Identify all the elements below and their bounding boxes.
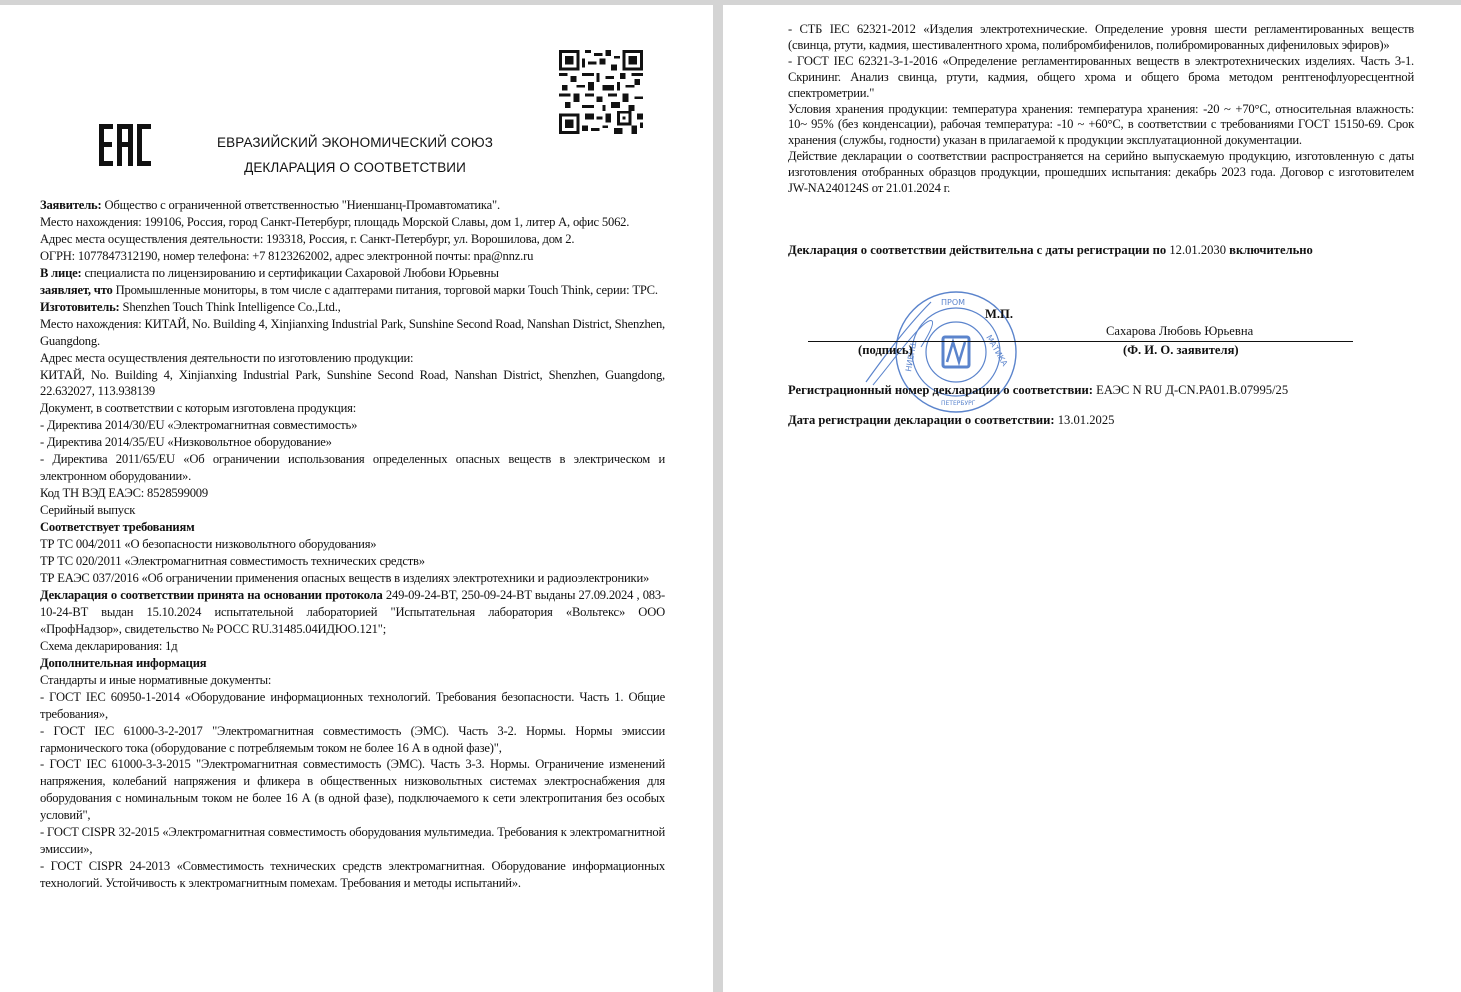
document-item: - Директива 2014/30/EU «Электромагнитная…	[40, 417, 665, 434]
declares-label: заявляет, что	[40, 283, 113, 297]
declaration-scheme: Схема декларирования: 1д	[40, 638, 665, 655]
manufacturer-line: Изготовитель: Shenzhen Touch Think Intel…	[40, 299, 665, 316]
registration-number: Регистрационный номер декларации о соотв…	[788, 383, 1288, 398]
signatory-name: Сахарова Любовь Юрьевна	[1106, 324, 1253, 339]
product-line: заявляет, что Промышленные мониторы, в т…	[40, 282, 665, 299]
document-page-2: - СТБ IEC 62321-2012 «Изделия электротех…	[723, 5, 1461, 992]
hs-code: Код ТН ВЭД ЕАЭС: 8528599009	[40, 485, 665, 502]
standard-item: - СТБ IEC 62321-2012 «Изделия электротех…	[788, 22, 1414, 54]
person-text: специалиста по лицензированию и сертифик…	[82, 266, 499, 280]
validity-prefix: Декларация о соответствии действительна …	[788, 243, 1169, 257]
standard-item: - ГОСТ IEC 61000-3-2-2017 "Электромагнит…	[40, 723, 665, 757]
validity-date: 12.01.2030	[1169, 243, 1226, 257]
applicant-line: Заявитель: Общество с ограниченной ответ…	[40, 197, 665, 214]
additional-info-label-text: Дополнительная информация	[40, 656, 206, 670]
standard-item: - ГОСТ IEC 60950-1-2014 «Оборудование ин…	[40, 689, 665, 723]
product-text: Промышленные мониторы, в том числе с ада…	[113, 283, 658, 297]
qr-code-icon[interactable]	[559, 50, 643, 134]
union-title: ЕВРАЗИЙСКИЙ ЭКОНОМИЧЕСКИЙ СОЮЗ	[190, 135, 520, 150]
svg-text:ПЕТЕРБУРГ: ПЕТЕРБУРГ	[941, 400, 976, 407]
registration-date-value: 13.01.2025	[1055, 413, 1115, 427]
declaration-body: Заявитель: Общество с ограниченной ответ…	[40, 197, 665, 892]
registration-number-label: Регистрационный номер декларации о соотв…	[788, 383, 1093, 397]
applicant-label: Заявитель:	[40, 198, 102, 212]
storage-conditions: Условия хранения продукции: температура …	[788, 102, 1414, 150]
applicant-location: Место нахождения: 199106, Россия, город …	[40, 214, 665, 231]
requirement-item: ТР ЕАЭС 037/2016 «Об ограничении примене…	[40, 570, 665, 587]
release-type: Серийный выпуск	[40, 502, 665, 519]
standards-label: Стандарты и иные нормативные документы:	[40, 672, 665, 689]
requirements-label-text: Соответствует требованиям	[40, 520, 194, 534]
applicant-activity-address: Адрес места осуществления деятельности: …	[40, 231, 665, 248]
svg-text:МАТИКА: МАТИКА	[984, 334, 1009, 369]
requirement-item: ТР ТС 004/2011 «О безопасности низковоль…	[40, 536, 665, 553]
name-line	[1038, 341, 1353, 342]
registration-date-label: Дата регистрации декларации о соответств…	[788, 413, 1055, 427]
manufacturer-location: Место нахождения: КИТАЙ, No. Building 4,…	[40, 316, 665, 350]
additional-info-label: Дополнительная информация	[40, 655, 665, 672]
standard-item: - ГОСТ CISPR 24-2013 «Совместимость техн…	[40, 858, 665, 892]
documents-label: Документ, в соответствии с которым изгот…	[40, 400, 665, 417]
continuation-body: - СТБ IEC 62321-2012 «Изделия электротех…	[788, 22, 1414, 197]
person-line: В лице: специалиста по лицензированию и …	[40, 265, 665, 282]
validity-statement: Декларация о соответствии действительна …	[788, 243, 1428, 258]
standard-item: - ГОСТ CISPR 32-2015 «Электромагнитная с…	[40, 824, 665, 858]
document-item: - Директива 2014/35/EU «Низковольтное об…	[40, 434, 665, 451]
protocol-label: Декларация о соответствии принята на осн…	[40, 588, 383, 602]
applicant-name: Общество с ограниченной ответственностью…	[102, 198, 500, 212]
requirements-label: Соответствует требованиям	[40, 519, 665, 536]
standard-item: - ГОСТ IEC 61000-3-3-2015 "Электромагнит…	[40, 756, 665, 824]
manufacturer-name: Shenzhen Touch Think Intelligence Co.,Lt…	[120, 300, 341, 314]
production-address-label: Адрес места осуществления деятельности п…	[40, 350, 665, 367]
signature-line	[808, 341, 1048, 342]
standard-item: - ГОСТ IEC 62321-3-1-2016 «Определение р…	[788, 54, 1414, 102]
fio-caption: (Ф. И. О. заявителя)	[1123, 343, 1239, 358]
eac-logo-icon	[97, 122, 153, 168]
declaration-title: ДЕКЛАРАЦИЯ О СООТВЕТСТВИИ	[190, 160, 520, 175]
declaration-scope: Действие декларации о соответствии распр…	[788, 149, 1414, 197]
protocol-line: Декларация о соответствии принята на осн…	[40, 587, 665, 638]
validity-suffix: включительно	[1226, 243, 1313, 257]
requirement-item: ТР ТС 020/2011 «Электромагнитная совмест…	[40, 553, 665, 570]
signature-caption: (подпись)	[858, 343, 913, 358]
manufacturer-label: Изготовитель:	[40, 300, 120, 314]
svg-text:ПРОМ: ПРОМ	[941, 298, 965, 307]
person-label: В лице:	[40, 266, 82, 280]
document-page-1: ЕВРАЗИЙСКИЙ ЭКОНОМИЧЕСКИЙ СОЮЗ ДЕКЛАРАЦИ…	[0, 5, 713, 992]
document-item: - Директива 2011/65/EU «Об ограничении и…	[40, 451, 665, 485]
registration-date: Дата регистрации декларации о соответств…	[788, 413, 1114, 428]
registration-number-value: ЕАЭС N RU Д-CN.РА01.В.07995/25	[1093, 383, 1288, 397]
seal-place-label: М.П.	[985, 307, 1013, 322]
applicant-contacts: ОГРН: 1077847312190, номер телефона: +7 …	[40, 248, 665, 265]
production-address: КИТАЙ, No. Building 4, Xinjianxing Indus…	[40, 367, 665, 401]
